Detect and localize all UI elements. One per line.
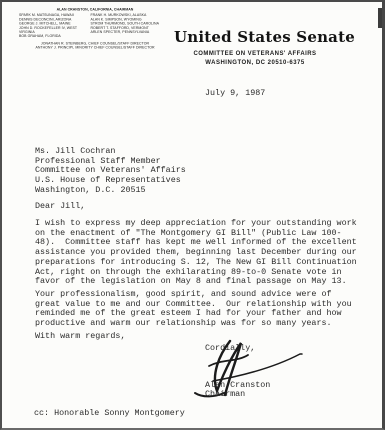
scanned-letter-page: ALAN CRANSTON, CALIFORNIA, CHAIRMAN SPAR… [0, 0, 385, 430]
signer-title: Chairman [205, 390, 245, 400]
body-paragraph-2: Your professionalism, good spirit, and s… [35, 290, 375, 329]
handwritten-signature [167, 335, 382, 400]
warm-regards-line: With warm regards, [35, 332, 125, 342]
committee-name: COMMITTEE ON VETERANS' AFFAIRS [174, 51, 336, 57]
member-name: ARLEN SPECTER, PENNSYLVANIA [90, 31, 171, 35]
recipient-address: Ms. Jill CochranProfessional Staff Membe… [35, 147, 186, 196]
staff-line: ANTHONY J. PRINCIPI, MINORITY CHIEF COUN… [19, 46, 171, 50]
member-column-left: SPARK M. MATSUNAGA, HAWAIIDENNIS DECONCI… [19, 14, 90, 39]
salutation: Dear Jill, [35, 202, 85, 212]
staff-director-lines: JONATHAN R. STEINBERG, CHIEF COUNSEL/STA… [19, 42, 171, 50]
scan-edge-artifact [378, 8, 382, 28]
member-name: BOB GRAHAM, FLORIDA [19, 35, 90, 39]
recipient-line: Washington, D.C. 20515 [35, 186, 186, 196]
cc-line: cc: Honorable Sonny Montgomery [34, 409, 185, 419]
senate-title: United States Senate [174, 28, 336, 46]
member-column-right: FRANK H. MURKOWSKI, ALASKAALAN K. SIMPSO… [90, 14, 171, 39]
member-name: JOHN D. ROCKEFELLER IV, WEST VIRGINIA [19, 26, 90, 34]
committee-address: WASHINGTON, DC 20510-6375 [174, 60, 336, 66]
member-columns: SPARK M. MATSUNAGA, HAWAIIDENNIS DECONCI… [19, 14, 171, 39]
letter-date: July 9, 1987 [205, 89, 265, 99]
letterhead-title-block: United States Senate COMMITTEE ON VETERA… [174, 28, 336, 66]
chairman-line: ALAN CRANSTON, CALIFORNIA, CHAIRMAN [19, 8, 171, 12]
letterhead-roster: ALAN CRANSTON, CALIFORNIA, CHAIRMAN SPAR… [19, 8, 171, 58]
body-paragraph-1: I wish to express my deep appreciation f… [35, 219, 375, 287]
